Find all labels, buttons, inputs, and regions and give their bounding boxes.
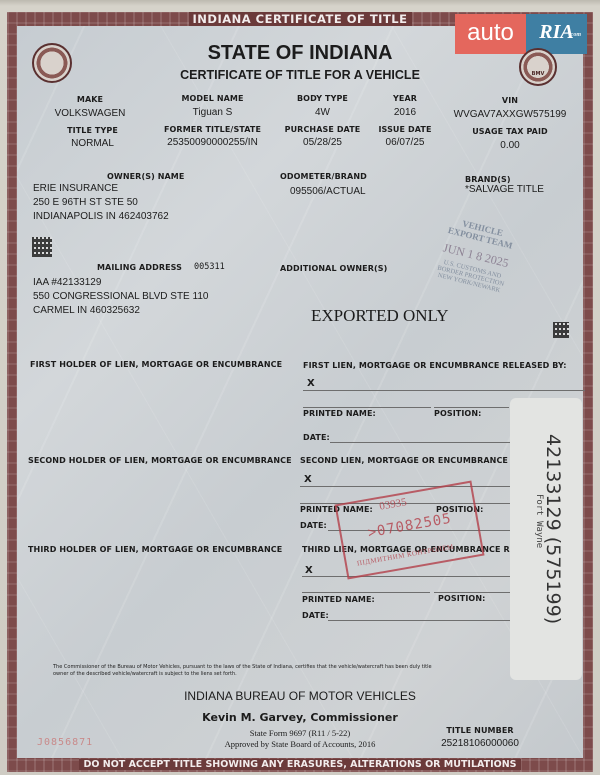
bmv-seal-text: BMV — [521, 71, 555, 77]
first-holder-label: FIRST HOLDER OF LIEN, MORTGAGE OR ENCUMB… — [30, 360, 282, 369]
document-title: STATE OF INDIANA — [150, 42, 450, 65]
title-type-value: NORMAL — [50, 138, 135, 149]
certification-text: The Commissioner of the Bureau of Motor … — [53, 664, 508, 671]
red-stamp-code: >07082505 — [367, 511, 453, 541]
third-position-line[interactable] — [434, 592, 510, 593]
document-subtitle: CERTIFICATE OF TITLE FOR A VEHICLE — [150, 68, 450, 82]
first-printed-name-label: PRINTED NAME: — [303, 409, 376, 418]
barcode-icon — [32, 237, 52, 257]
title-number-label: TITLE NUMBER — [430, 726, 530, 735]
purchase-date-label: PURCHASE DATE — [280, 125, 365, 134]
vin-label: VIN — [470, 96, 550, 105]
third-holder-label: THIRD HOLDER OF LIEN, MORTGAGE OR ENCUMB… — [28, 545, 282, 554]
usage-tax-label: USAGE TAX PAID — [465, 127, 555, 136]
certification-text-2: owner of the described vehicle/watercraf… — [53, 671, 237, 678]
mailing-address-label: MAILING ADDRESS — [97, 263, 182, 272]
first-date-line[interactable] — [330, 442, 510, 443]
barcode-small-icon — [553, 322, 569, 338]
watermark-com: .com — [569, 17, 581, 53]
owner-city: INDIANAPOLIS IN 462403762 — [33, 210, 169, 224]
auction-sticker: 42133129 (575199) Fort Wayne — [510, 398, 582, 680]
year-label: YEAR — [380, 94, 430, 103]
first-date-label: DATE: — [303, 433, 330, 442]
second-date-label: DATE: — [300, 521, 327, 530]
control-number: J0856871 — [37, 737, 93, 748]
model-label: MODEL NAME — [170, 94, 255, 103]
model-value: Tiguan S — [170, 107, 255, 118]
usage-tax-value: 0.00 — [465, 140, 555, 151]
third-position-label: POSITION: — [438, 594, 485, 603]
second-release-label: SECOND LIEN, MORTGAGE OR ENCUMBRANCE — [300, 456, 508, 465]
first-printed-name-line[interactable] — [303, 407, 431, 408]
body-type-label: BODY TYPE — [285, 94, 360, 103]
state-seal-icon — [32, 43, 72, 83]
former-title-label: FORMER TITLE/STATE — [155, 125, 270, 134]
body-type-value: 4W — [285, 107, 360, 118]
make-value: VOLKSWAGEN — [40, 108, 140, 119]
bmv-seal-icon: BMV — [519, 48, 557, 86]
issue-date-label: ISSUE DATE — [372, 125, 438, 134]
owner-name: ERIE INSURANCE — [33, 182, 118, 196]
first-position-label: POSITION: — [434, 409, 481, 418]
state-form: State Form 9697 (R11 / 5-22) — [180, 728, 420, 738]
sticker-number: 42133129 (575199) — [542, 434, 564, 624]
second-signature-x: X — [304, 474, 312, 485]
owner-street: 250 E 96TH ST STE 50 — [33, 196, 138, 210]
purchase-date-value: 05/28/25 — [280, 137, 365, 148]
make-label: MAKE — [50, 95, 130, 104]
bottom-banner: DO NOT ACCEPT TITLE SHOWING ANY ERASURES… — [0, 759, 600, 771]
third-printed-name-line[interactable] — [302, 592, 430, 593]
commissioner-name: Kevin M. Garvey, Commissioner — [150, 711, 450, 724]
bottom-banner-text: DO NOT ACCEPT TITLE SHOWING ANY ERASURES… — [79, 759, 520, 770]
brands-value: *SALVAGE TITLE — [465, 184, 544, 195]
title-number-value: 25218106000060 — [420, 738, 540, 749]
vin-value: WVGAV7AXXGW575199 — [445, 109, 575, 120]
agency-name: INDIANA BUREAU OF MOTOR VEHICLES — [150, 689, 450, 703]
first-position-line[interactable] — [434, 407, 509, 408]
first-signature-x: X — [307, 378, 315, 389]
mailing-line-2: 550 CONGRESSIONAL BLVD STE 110 — [33, 290, 208, 304]
second-signature-line[interactable] — [300, 486, 510, 487]
exported-only-note: EXPORTED ONLY — [311, 306, 449, 326]
title-type-label: TITLE TYPE — [50, 126, 135, 135]
sticker-location: Fort Wayne — [534, 494, 544, 548]
year-value: 2016 — [380, 107, 430, 118]
third-signature-x: X — [305, 565, 313, 576]
mailing-line-3: CARMEL IN 460325632 — [33, 304, 140, 318]
mailing-code: 005311 — [194, 262, 225, 272]
third-date-label: DATE: — [302, 611, 329, 620]
top-banner-text: INDIANA CERTIFICATE OF TITLE — [189, 12, 412, 26]
third-printed-name-label: PRINTED NAME: — [302, 595, 375, 604]
owner-label: OWNER(S) NAME — [107, 172, 184, 181]
odometer-label: ODOMETER/BRAND — [280, 172, 367, 181]
approved-text: Approved by State Board of Accounts, 201… — [180, 739, 420, 749]
first-release-label: FIRST LIEN, MORTGAGE OR ENCUMBRANCE RELE… — [303, 361, 567, 370]
first-signature-line[interactable] — [303, 390, 585, 391]
mailing-line-1: IAA #42133129 — [33, 276, 101, 290]
third-signature-line[interactable] — [302, 576, 510, 577]
issue-date-value: 06/07/25 — [372, 137, 438, 148]
third-date-line[interactable] — [328, 620, 510, 621]
additional-owners-label: ADDITIONAL OWNER(S) — [280, 264, 387, 273]
red-stamp-number: 03935 — [378, 496, 407, 513]
second-holder-label: SECOND HOLDER OF LIEN, MORTGAGE OR ENCUM… — [28, 456, 292, 465]
odometer-value: 095506/ACTUAL — [290, 186, 366, 197]
watermark-auto: auto — [455, 14, 526, 54]
former-title-value: 25350090000255/IN — [150, 137, 275, 148]
brands-label: BRAND(S) — [465, 175, 511, 184]
autoria-watermark: auto RIA.com — [455, 14, 587, 54]
